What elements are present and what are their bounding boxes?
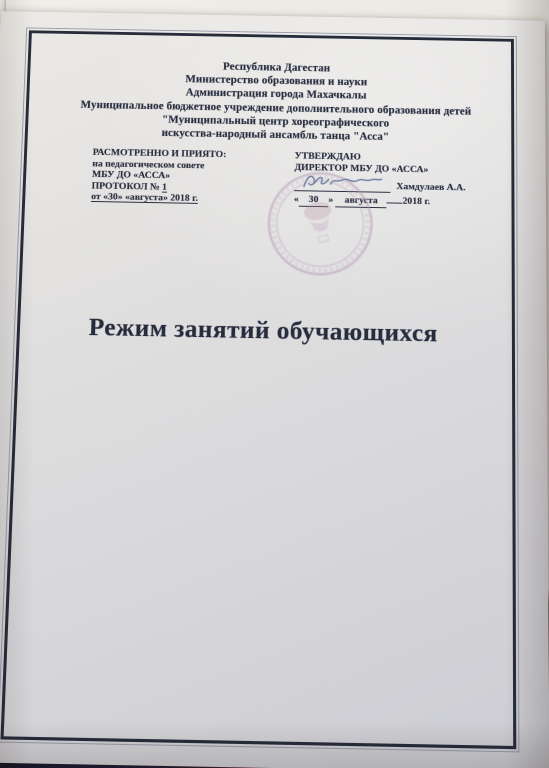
round-official-stamp-icon [254, 159, 386, 289]
signer-name: Хамдулаев А.А. [396, 182, 465, 194]
approval-left-block: РАСМОТРЕННО И ПРИЯТО: на педагогическом … [91, 147, 279, 206]
protocol-label: ПРОТОКОЛ № [91, 181, 162, 193]
date-blank [387, 203, 403, 204]
document-header: Республика Дагестан Министерство образов… [0, 56, 546, 147]
protocol-number: 1 [162, 182, 167, 193]
photo-scene: Республика Дагестан Министерство образов… [0, 0, 549, 768]
document-page: Республика Дагестан Министерство образов… [0, 11, 549, 768]
date-year: 2018 г. [402, 196, 430, 207]
document-title: Режим занятий обучающихся [88, 312, 438, 348]
